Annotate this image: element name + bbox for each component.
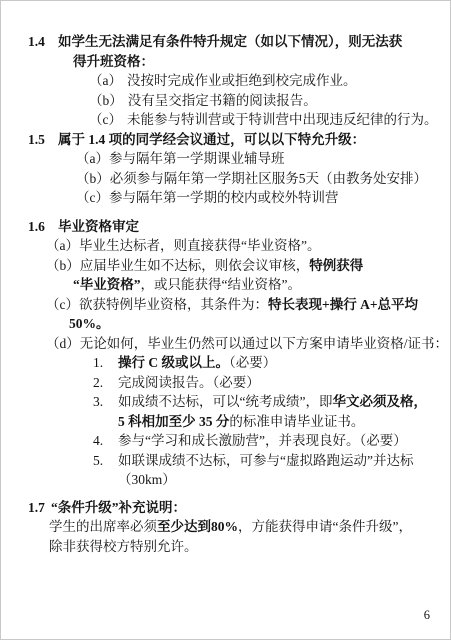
document-content: 1.4如学生无法满足有条件特升规定（如以下情况），则无法获 得升班资格： （a）… [28,32,436,556]
bold-text: “毕业资格” [73,277,141,292]
section-heading-text: 属于 1.4 项的同学经会议通过，可以以下特允升级： [58,132,365,147]
list-item: （b）必须参与隔年第一学期社区服务5天（由教务处安排） [28,169,436,189]
item-text: 参与隔年第一学期的校内或校外特训营 [109,190,339,205]
item-text: 应届毕业生如不达标，则依会议审核， [80,258,310,273]
item-label: （c） [46,297,79,312]
section-heading-1-4-continuation: 得升班资格： [28,52,436,72]
list-item: （c）欲获特例毕业资格，其条件为：特长表现+操行 A+总平均 [28,295,436,315]
item-text: 的标准申请毕业证书。 [229,414,364,429]
section-number: 1.4 [28,32,58,52]
item-label: （b） [89,93,123,108]
list-item: （a）参与隔年第一学期课业辅导班 [28,149,436,169]
bold-text: 华文必须及格， [332,394,427,409]
item-text: 如联课成绩不达标，可参与“虚拟路跑运动”并达标 [118,453,413,468]
item-label: （c） [76,190,109,205]
item-text: 欲获特例毕业资格，其条件为： [79,297,268,312]
section-heading-text: 得升班资格： [73,54,154,69]
section-heading-1-7: 1.7“条件升级”补充说明： [28,498,436,518]
list-item: （b）没有呈交指定书籍的阅读报告。 [28,91,436,111]
item-text: 必须参与隔年第一学期社区服务5天（由教务处安排） [110,171,427,186]
section-heading-text: “条件升级”补充说明： [51,500,186,515]
numbered-item: 2.完成阅读报告。（必要） [28,373,436,393]
section-heading-text: 毕业资格审定 [58,219,139,234]
item-number: 4. [93,431,118,451]
item-label: （d） [46,336,80,351]
item-text: 参与隔年第一学期课业辅导班 [109,151,285,166]
list-item-continuation: “毕业资格”，或只能获得“结业资格”。 [28,275,436,295]
section-heading-1-5: 1.5属于 1.4 项的同学经会议通过，可以以下特允升级： [28,130,436,150]
numbered-item-continuation: 5 科相加至少 35 分的标准申请毕业证书。 [28,412,436,432]
numbered-item: 3.如成绩不达标，可以“统考成绩”，即华文必须及格， [28,392,436,412]
item-text: 未能参与特训营或于特训营中出现违反纪律的行为。 [127,112,438,127]
bold-text: 50%。 [69,316,110,331]
item-text: 完成阅读报告。（必要） [118,375,260,390]
list-item: （b）应届毕业生如不达标，则依会议审核，特例获得 [28,256,436,276]
section-number: 1.6 [28,217,58,237]
item-text: ，或只能获得“结业资格”。 [141,277,301,292]
item-text: 没按时完成作业或拒绝到校完成作业。 [127,73,357,88]
page-number: 6 [424,608,430,623]
list-item-continuation: 50%。 [28,314,436,334]
section-heading-1-6: 1.6毕业资格审定 [28,217,436,237]
item-text: 毕业生达标者，则直接获得“毕业资格”。 [79,238,320,253]
list-item: （a）没按时完成作业或拒绝到校完成作业。 [28,71,436,91]
numbered-item-continuation: （30km） [28,470,436,490]
body-text: 学生的出席率必须 [49,519,157,534]
bold-text: 操行 C 级或以上。 [118,355,229,370]
item-number: 3. [93,392,118,412]
item-label: （b） [76,171,110,186]
item-number: 5. [93,451,118,471]
bold-text: 至少达到80% [157,519,238,534]
body-text: ，方能获得申请“条件升级”， [238,519,412,534]
item-label: （c） [89,112,122,127]
item-label: （b） [46,258,80,273]
item-text: （30km） [118,472,176,487]
list-item: （d）无论如何，毕业生仍然可以通过以下方案申请毕业资格/证书： [28,334,436,354]
item-text: 没有呈交指定书籍的阅读报告。 [128,93,317,108]
item-text: 参与“学习和成长激励营”，并表现良好。（必要） [118,433,407,448]
paragraph-line: 学生的出席率必须至少达到80%，方能获得申请“条件升级”， [28,517,436,537]
paragraph-line: 除非获得校方特别允许。 [28,537,436,557]
document-page: 1.4如学生无法满足有条件特升规定（如以下情况），则无法获 得升班资格： （a）… [0,0,451,640]
item-number: 2. [93,373,118,393]
numbered-item: 1.操行 C 级或以上。（必要） [28,353,436,373]
list-item: （a）毕业生达标者，则直接获得“毕业资格”。 [28,236,436,256]
body-text: 除非获得校方特别允许。 [49,539,198,554]
bold-text: 5 科相加至少 35 分 [118,414,229,429]
numbered-item: 5.如联课成绩不达标，可参与“虚拟路跑运动”并达标 [28,451,436,471]
item-text: 如成绩不达标，可以“统考成绩”，即 [118,394,332,409]
section-heading-1-4: 1.4如学生无法满足有条件特升规定（如以下情况），则无法获 [28,32,436,52]
bold-text: 特例获得 [309,258,363,273]
item-label: （a） [76,151,109,166]
section-number: 1.5 [28,130,58,150]
item-label: （a） [89,73,122,88]
bold-text: 特长表现+操行 A+总平均 [268,297,418,312]
item-text: （必要） [229,355,276,370]
list-item: （c）未能参与特训营或于特训营中出现违反纪律的行为。 [28,110,436,130]
list-item: （c）参与隔年第一学期的校内或校外特训营 [28,188,436,208]
section-heading-text: 如学生无法满足有条件特升规定（如以下情况），则无法获 [58,34,402,49]
item-label: （a） [46,238,79,253]
numbered-item: 4.参与“学习和成长激励营”，并表现良好。（必要） [28,431,436,451]
item-text: 无论如何，毕业生仍然可以通过以下方案申请毕业资格/证书： [80,336,448,351]
item-number: 1. [93,353,118,373]
section-number: 1.7 [28,498,51,518]
